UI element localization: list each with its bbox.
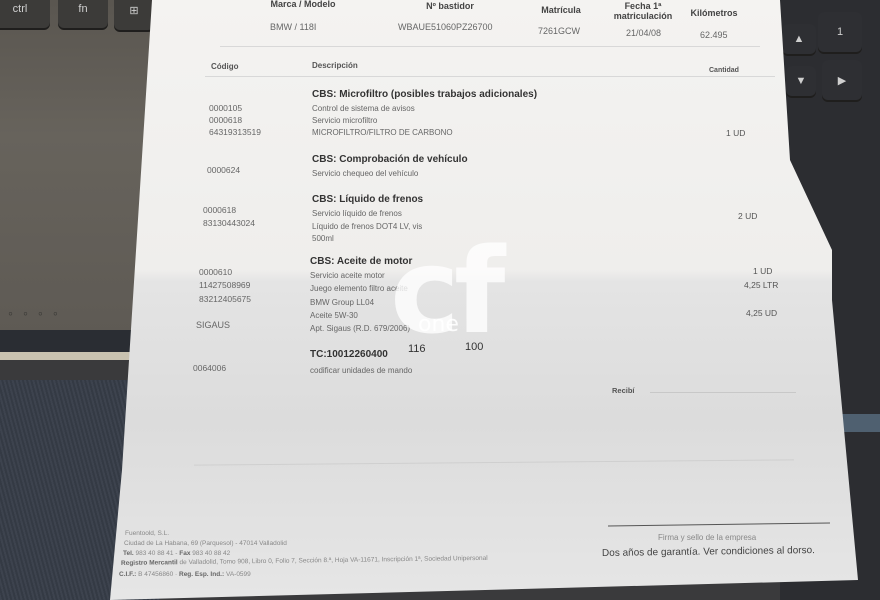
item-code: 0000618	[203, 205, 236, 215]
item-quantity: 4,25 LTR	[744, 280, 778, 290]
cif-label: C.I.F.:	[119, 571, 136, 578]
item-quantity: 2 UD	[738, 211, 757, 221]
vehicle-kilometers: 62.495	[700, 30, 728, 40]
header-vin: Nº bastidor	[410, 1, 490, 11]
divider	[220, 46, 760, 47]
windows-icon: ⊞	[129, 4, 138, 17]
signature-caption: Firma y sello de la empresa	[658, 533, 756, 542]
item-description: MICROFILTRO/FILTRO DE CARBONO	[312, 128, 453, 137]
item-code: 11427508969	[199, 280, 250, 290]
header-registration-date: Fecha 1ª matriculación	[606, 1, 680, 21]
item-code: 0000624	[207, 165, 240, 175]
section-title: CBS: Líquido de frenos	[312, 194, 423, 205]
company-phone-fax: Tel. 983 40 88 41 - Fax 983 40 88 42	[123, 550, 230, 557]
item-quantity: 4,25 UD	[746, 308, 777, 318]
watermark-number-left: 116	[408, 343, 426, 355]
item-description: Control de sistema de avisos	[312, 104, 415, 113]
item-quantity: 1 UD	[753, 266, 772, 276]
key-label: 1	[837, 26, 843, 38]
key-label: ▲	[794, 33, 805, 45]
company-cif: C.I.F.: B 47456860 · Reg. Esp. Ind.: VA-…	[119, 571, 251, 578]
key-label: ▼	[796, 75, 807, 87]
header-plate: Matrícula	[536, 5, 586, 15]
section-title: CBS: Comprobación de vehículo	[312, 154, 468, 165]
tel-value: 983 40 88 41	[136, 550, 174, 557]
item-code: 0000618	[209, 115, 242, 125]
section-title: TC:10012260400	[310, 349, 388, 360]
item-description: codificar unidades de mando	[310, 366, 412, 375]
cif-value: B 47456860	[138, 571, 173, 578]
play-key: ▶	[822, 60, 862, 100]
section-title: CBS: Microfiltro (posibles trabajos adic…	[312, 89, 537, 100]
column-quantity: Cantidad	[709, 67, 739, 74]
watermark-number-right: 100	[465, 341, 483, 353]
reg-label: Reg. Esp. Ind.:	[179, 571, 224, 578]
fax-value: 983 40 88 42	[192, 550, 230, 557]
key-label: ctrl	[13, 3, 28, 15]
brightness-up-key: ▲	[782, 24, 816, 54]
item-code: 83130443024	[203, 218, 255, 228]
company-address: Ciudad de La Habana, 69 (Parquesol) - 47…	[124, 540, 287, 547]
item-description: BMW Group LL04	[310, 298, 374, 307]
item-description: Servicio aceite motor	[310, 271, 385, 280]
vehicle-vin: WBAUE51060PZ26700	[398, 22, 493, 32]
registry-label: Registro Mercantil	[121, 559, 178, 567]
reg-value: VA-0599	[226, 571, 251, 578]
watermark-logo-sub: one	[418, 312, 459, 337]
vehicle-registration-date: 21/04/08	[626, 28, 661, 38]
item-code: 83212405675	[199, 294, 251, 304]
column-code: Código	[211, 62, 239, 71]
company-name: Fuentoold, S.L.	[125, 530, 169, 537]
header-kilometers: Kilómetros	[686, 8, 742, 18]
item-code: 64319313519	[209, 127, 261, 137]
status-led-icons: ◦◦◦◦	[8, 305, 68, 321]
item-description: Servicio líquido de frenos	[312, 209, 402, 218]
fn-key: fn	[58, 0, 108, 28]
ctrl-key: ctrl	[0, 0, 50, 28]
key-label: fn	[78, 3, 87, 15]
tel-label: Tel.	[123, 550, 134, 557]
windows-key: ⊞	[114, 0, 154, 30]
item-code: 0000105	[209, 103, 242, 113]
item-description: Aceite 5W-30	[310, 311, 358, 320]
item-code: 0000610	[199, 267, 232, 277]
item-description: Servicio microfiltro	[312, 116, 377, 125]
fax-label: Fax	[179, 550, 190, 557]
f1-key: 1	[818, 12, 862, 52]
item-quantity: 1 UD	[726, 128, 745, 138]
header-brand-model: Marca / Modelo	[258, 0, 348, 9]
item-description: Servicio chequeo del vehículo	[312, 169, 418, 178]
item-code: 0064006	[193, 363, 226, 373]
vehicle-plate: 7261GCW	[538, 26, 580, 36]
brightness-down-key: ▼	[786, 66, 816, 96]
key-label: ▶	[838, 74, 846, 87]
column-description: Descripción	[312, 61, 358, 70]
received-signature-line	[650, 392, 796, 393]
item-code: SIGAUS	[196, 320, 230, 330]
vehicle-brand-model: BMW / 118I	[270, 22, 316, 32]
divider	[205, 76, 775, 77]
received-label: Recibí	[612, 386, 635, 395]
